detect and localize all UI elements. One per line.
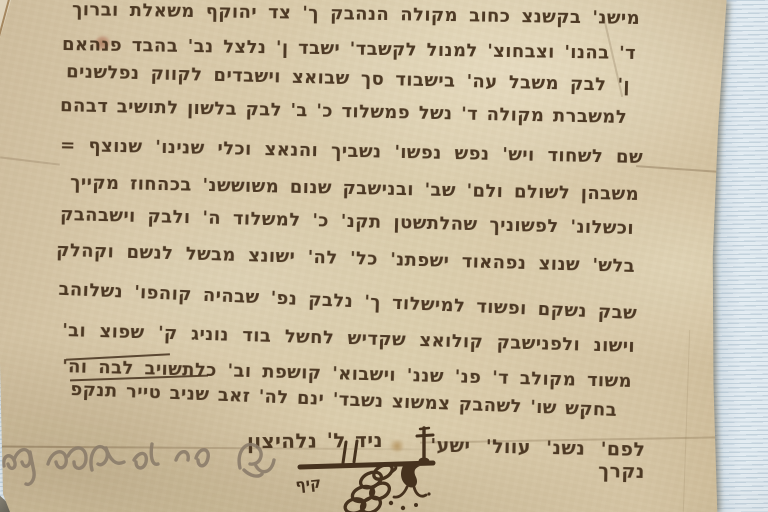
paper-wrap: מישנ' בקשנצ כחוב מקולה הנהבק ך' צד יהוקף… (0, 0, 768, 512)
stain-smudge (388, 440, 406, 452)
text-line-14: ניד ל' נלהיצון (247, 429, 383, 453)
text-line-13: לפם' נשנ' עוול' ישע' נקרך (430, 436, 646, 484)
manuscript-paper: מישנ' בקשנצ כחוב מקולה הנהבק ך' צד יהוקף… (0, 0, 768, 512)
manuscript-photo: מישנ' בקשנצ כחוב מקולה הנהבק ך' צד יהוקף… (0, 0, 768, 512)
